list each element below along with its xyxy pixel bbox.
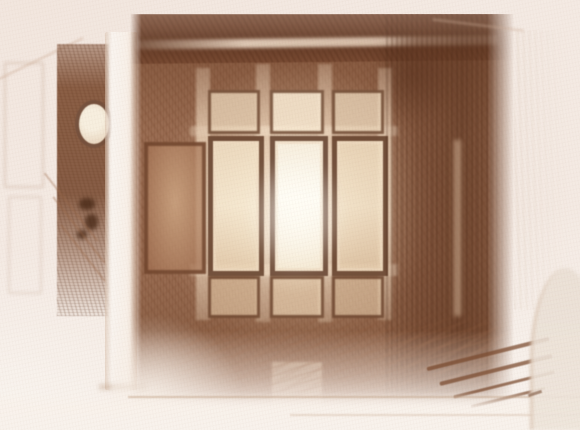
wall-blotch bbox=[79, 198, 95, 210]
background-doorframe-sketch bbox=[8, 196, 42, 294]
pane-top bbox=[332, 90, 384, 134]
floor-line bbox=[128, 396, 580, 398]
pane-top bbox=[270, 90, 324, 134]
wood-panel bbox=[144, 142, 206, 274]
pane-top bbox=[208, 90, 260, 134]
light-glow-halo bbox=[246, 154, 346, 274]
sketch-image bbox=[0, 0, 580, 430]
mullion-highlight bbox=[454, 140, 461, 316]
background-doorframe-sketch bbox=[4, 62, 44, 188]
